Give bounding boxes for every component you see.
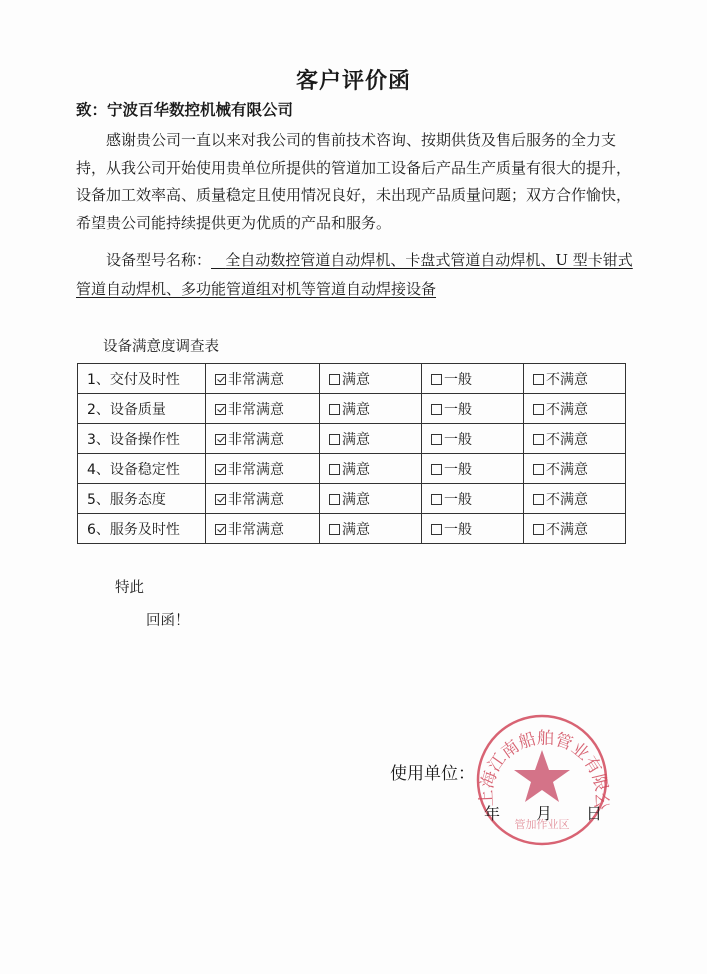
- survey-option-cell: 不满意: [524, 484, 626, 514]
- survey-item-label: 6、服务及时性: [78, 514, 206, 544]
- survey-option-label: 不满意: [546, 522, 588, 538]
- survey-item-label: 2、设备质量: [78, 394, 206, 424]
- checked-checkbox-icon[interactable]: [215, 374, 226, 385]
- survey-option-cell: 一般: [422, 514, 524, 544]
- survey-option-cell: 非常满意: [206, 514, 320, 544]
- survey-option-cell: 一般: [422, 484, 524, 514]
- survey-option-label: 一般: [444, 372, 472, 388]
- survey-option-label: 满意: [342, 432, 370, 448]
- survey-option-cell: 一般: [422, 364, 524, 394]
- equipment-model-line: 设备型号名称： 全自动数控管道自动焊机、卡盘式管道自动焊机、U 型卡钳式管道自动…: [76, 246, 636, 304]
- survey-option-cell: 不满意: [524, 394, 626, 424]
- survey-option-cell: 不满意: [524, 424, 626, 454]
- survey-option-label: 一般: [444, 462, 472, 478]
- survey-option-label: 满意: [342, 522, 370, 538]
- star-icon: [514, 750, 570, 802]
- document-title: 客户评价函: [0, 64, 707, 95]
- survey-option-cell: 满意: [320, 424, 422, 454]
- survey-option-label: 非常满意: [228, 402, 284, 418]
- survey-option-label: 不满意: [546, 372, 588, 388]
- survey-option-cell: 一般: [422, 394, 524, 424]
- empty-checkbox-icon[interactable]: [431, 524, 442, 535]
- satisfaction-table: 1、交付及时性非常满意满意一般不满意2、设备质量非常满意满意一般不满意3、设备操…: [77, 363, 626, 544]
- survey-option-label: 一般: [444, 402, 472, 418]
- recipient-name: 宁波百华数控机械有限公司: [107, 100, 293, 119]
- survey-item-label: 3、设备操作性: [78, 424, 206, 454]
- table-row: 4、设备稳定性非常满意满意一般不满意: [78, 454, 626, 484]
- survey-option-label: 不满意: [546, 492, 588, 508]
- company-seal-stamp: 上海江南船舶管业有限公司 管加作业区: [472, 710, 612, 850]
- empty-checkbox-icon[interactable]: [329, 374, 340, 385]
- recipient-line: 致：宁波百华数控机械有限公司: [76, 98, 293, 120]
- survey-option-cell: 不满意: [524, 364, 626, 394]
- survey-option-label: 一般: [444, 492, 472, 508]
- table-row: 6、服务及时性非常满意满意一般不满意: [78, 514, 626, 544]
- checked-checkbox-icon[interactable]: [215, 494, 226, 505]
- survey-option-cell: 一般: [422, 454, 524, 484]
- survey-option-cell: 不满意: [524, 454, 626, 484]
- body-paragraph: 感谢贵公司一直以来对我公司的售前技术咨询、按期供货及售后服务的全力支持，从我公司…: [76, 127, 636, 237]
- survey-option-label: 满意: [342, 372, 370, 388]
- empty-checkbox-icon[interactable]: [431, 404, 442, 415]
- checked-checkbox-icon[interactable]: [215, 464, 226, 475]
- survey-option-label: 满意: [342, 492, 370, 508]
- empty-checkbox-icon[interactable]: [329, 404, 340, 415]
- empty-checkbox-icon[interactable]: [533, 434, 544, 445]
- date-year: 年: [484, 804, 500, 823]
- table-row: 3、设备操作性非常满意满意一般不满意: [78, 424, 626, 454]
- checked-checkbox-icon[interactable]: [215, 434, 226, 445]
- survey-option-cell: 非常满意: [206, 394, 320, 424]
- survey-option-label: 非常满意: [228, 522, 284, 538]
- survey-option-label: 非常满意: [228, 432, 284, 448]
- empty-checkbox-icon[interactable]: [533, 494, 544, 505]
- empty-checkbox-icon[interactable]: [329, 524, 340, 535]
- recipient-prefix: 致：: [76, 100, 107, 119]
- survey-option-label: 非常满意: [228, 462, 284, 478]
- survey-option-label: 满意: [342, 402, 370, 418]
- survey-option-cell: 满意: [320, 484, 422, 514]
- closing-line-2: 回函！: [146, 609, 190, 630]
- survey-option-cell: 不满意: [524, 514, 626, 544]
- table-caption: 设备满意度调查表: [103, 335, 219, 356]
- empty-checkbox-icon[interactable]: [329, 434, 340, 445]
- survey-item-label: 5、服务态度: [78, 484, 206, 514]
- empty-checkbox-icon[interactable]: [431, 494, 442, 505]
- empty-checkbox-icon[interactable]: [431, 464, 442, 475]
- empty-checkbox-icon[interactable]: [329, 464, 340, 475]
- date-day: 日: [586, 804, 602, 823]
- table-row: 1、交付及时性非常满意满意一般不满意: [78, 364, 626, 394]
- checked-checkbox-icon[interactable]: [215, 404, 226, 415]
- survey-option-label: 满意: [342, 462, 370, 478]
- survey-option-label: 不满意: [546, 462, 588, 478]
- survey-option-cell: 一般: [422, 424, 524, 454]
- survey-option-label: 非常满意: [228, 372, 284, 388]
- table-row: 5、服务态度非常满意满意一般不满意: [78, 484, 626, 514]
- empty-checkbox-icon[interactable]: [431, 374, 442, 385]
- closing-line-1: 特此: [115, 576, 144, 597]
- empty-checkbox-icon[interactable]: [431, 434, 442, 445]
- equipment-label: 设备型号名称：: [106, 251, 211, 269]
- empty-checkbox-icon[interactable]: [329, 494, 340, 505]
- date-month: 月: [536, 804, 552, 823]
- checked-checkbox-icon[interactable]: [215, 524, 226, 535]
- survey-option-cell: 非常满意: [206, 484, 320, 514]
- survey-option-cell: 非常满意: [206, 454, 320, 484]
- signature-label: 使用单位：: [390, 759, 475, 784]
- survey-option-label: 不满意: [546, 402, 588, 418]
- survey-option-cell: 满意: [320, 454, 422, 484]
- survey-option-cell: 非常满意: [206, 364, 320, 394]
- survey-option-label: 不满意: [546, 432, 588, 448]
- survey-option-label: 一般: [444, 522, 472, 538]
- survey-option-cell: 满意: [320, 364, 422, 394]
- survey-item-label: 1、交付及时性: [78, 364, 206, 394]
- survey-option-label: 非常满意: [228, 492, 284, 508]
- table-row: 2、设备质量非常满意满意一般不满意: [78, 394, 626, 424]
- date-line: 年月日: [484, 801, 602, 824]
- survey-option-label: 一般: [444, 432, 472, 448]
- empty-checkbox-icon[interactable]: [533, 404, 544, 415]
- empty-checkbox-icon[interactable]: [533, 374, 544, 385]
- empty-checkbox-icon[interactable]: [533, 524, 544, 535]
- empty-checkbox-icon[interactable]: [533, 464, 544, 475]
- survey-option-cell: 满意: [320, 394, 422, 424]
- survey-option-cell: 非常满意: [206, 424, 320, 454]
- survey-item-label: 4、设备稳定性: [78, 454, 206, 484]
- survey-option-cell: 满意: [320, 514, 422, 544]
